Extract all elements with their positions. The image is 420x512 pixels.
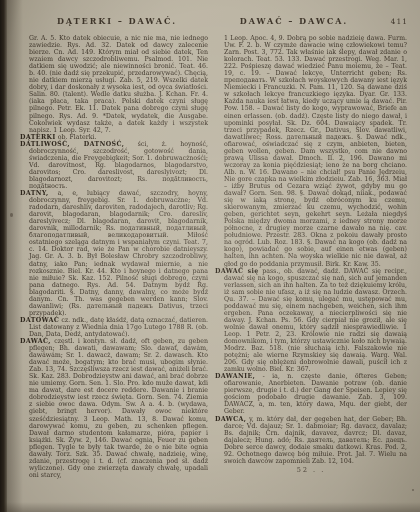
- headword: DĄTERKI: [20, 134, 56, 141]
- headword: DATOWAĆ: [20, 317, 59, 324]
- text-block: Gr. A. 5. Kto datek obiecuie, a nic nie …: [0, 35, 420, 483]
- header-left-range: DĄTERKI – DAWAĆ.: [24, 16, 210, 26]
- paragraph-text: Gr. A. 5. Kto datek obiecuie, a nic nie …: [29, 35, 208, 134]
- entry-text: pass., ob. dawać, dadź. DAWAĆ się recipr…: [224, 268, 407, 374]
- entry-text: ob. Flaterki.: [58, 134, 97, 141]
- headword: DATNY,: [20, 190, 49, 197]
- headword: DAWANIE,: [215, 373, 255, 380]
- headword: DATLIWOŚĆ, DATNOŚĆ,: [20, 141, 124, 148]
- paper-speck: [10, 213, 13, 217]
- entry-dawac-sie: DAWAĆ się pass., ob. dawać, dadź. DAWAĆ …: [215, 268, 407, 374]
- entry-dawanie: DAWANIE, - ia, n. częste danie, öfteres …: [215, 373, 407, 415]
- bottom-edge-shadow: [0, 502, 420, 512]
- entry-text: - ia, n. częste danie, öfteres Geben; of…: [224, 373, 407, 415]
- headword: DAWAĆ,: [20, 338, 51, 345]
- signature-mark: 52 . .: [215, 466, 407, 474]
- headword: DAWCA,: [215, 416, 246, 423]
- entry-dawca: DAWCA, y, m. który dał, der gegeben hat,…: [215, 416, 407, 465]
- running-header: DĄTERKI – DAWAĆ. DAWAĆ – DAWCA. 411: [0, 16, 420, 30]
- paragraph-continuation: Gr. A. 5. Kto datek obiecuie, a nic nie …: [20, 35, 208, 134]
- entry-datny: DATNY, a, e, lubiący dawać, szczodry, ho…: [20, 190, 208, 317]
- entry-dawac: DAWAĆ, częstl. i kontyn. sł. dadź, oft g…: [20, 338, 208, 479]
- entry-text: częstl. i kontyn. sł. dadź, oft geben, z…: [29, 338, 208, 479]
- scanned-dictionary-page: DĄTERKI – DAWAĆ. DAWAĆ – DAWCA. 411 Gr. …: [0, 0, 420, 512]
- paragraph-continuation: 1 Leop. Apoc. 4, 9. Dobrą po sobie nadzi…: [215, 35, 407, 268]
- entry-datowac: DATOWAĆ cz. ndk., datę kłaśdź, datą ozna…: [20, 317, 208, 338]
- page-number: 411: [391, 17, 408, 26]
- headword: DAWAĆ się: [215, 268, 259, 275]
- paper-speck: [412, 489, 414, 491]
- header-right-range: DAWAĆ – DAWCA.: [214, 16, 374, 26]
- paragraph-text: 1 Leop. Apoc. 4, 9. Dobrą po sobie nadzi…: [224, 35, 407, 268]
- entry-daterki: DĄTERKI ob. Flaterki.: [20, 134, 208, 141]
- right-column: 1 Leop. Apoc. 4, 9. Dobrą po sobie nadzi…: [215, 35, 407, 483]
- entry-text: ści, ż. hoyność, dobroczynność, szczodro…: [29, 141, 208, 190]
- left-column: Gr. A. 5. Kto datek obiecuie, a nic nie …: [20, 35, 208, 483]
- entry-text: y, m. który dał, der gegeben hat, der Ge…: [224, 416, 407, 465]
- entry-datliwosc: DATLIWOŚĆ, DATNOŚĆ, ści, ż. hoyność, dob…: [20, 141, 208, 190]
- entry-text: a, e, lubiący dawać, szczodry, hoyny, do…: [29, 190, 208, 317]
